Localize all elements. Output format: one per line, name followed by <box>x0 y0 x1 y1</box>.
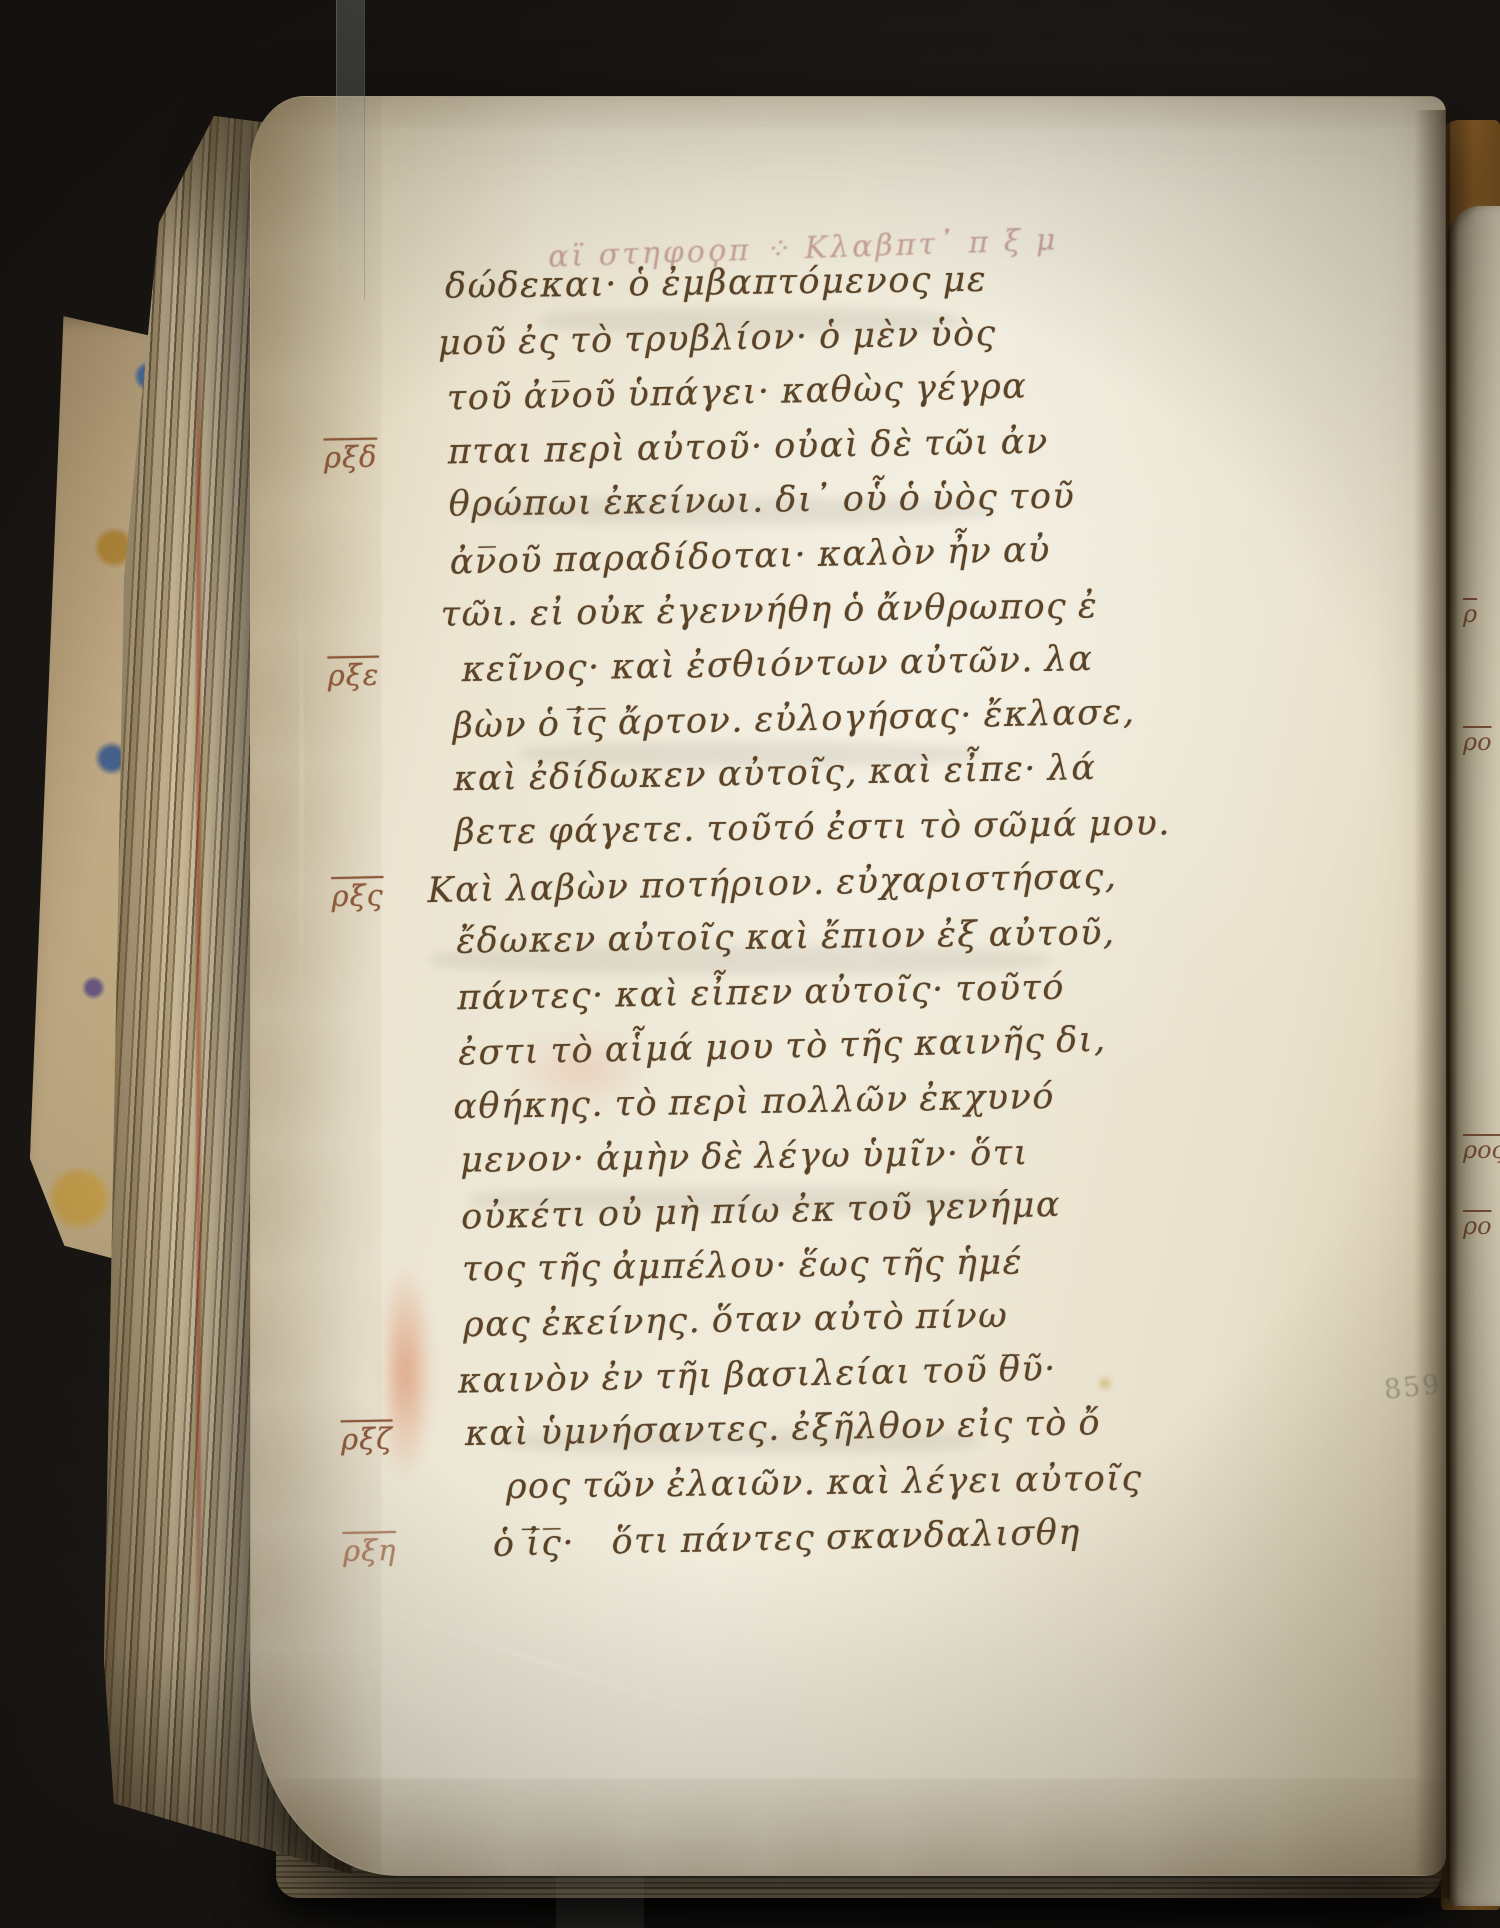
line-text: δώδεκαι· ὁ ἐμβαπτόμενος με <box>445 260 988 307</box>
facing-section-number: ροϛ <box>1463 1136 1500 1164</box>
section-number: ρξδ <box>324 439 378 474</box>
line-text: θρώπωι ἐκείνωι. δι᾽ οὗ ὁ ὑὸς τοῦ <box>449 477 1076 525</box>
section-number: ρξε <box>327 658 379 693</box>
red-edge-streak <box>196 320 201 1690</box>
line-text: βετε φάγετε. τοῦτό ἐστι τὸ σῶμά μου. <box>454 803 1171 852</box>
manuscript-photo: ρροροϛρο αϊ στηφοϙπ ⁘ Κλαβπτ᾽ π ξ μ δώδε… <box>0 0 1500 1928</box>
line-text: μενον· ἀμὴν δὲ λέγω ὑμῖν· ὅτι <box>460 1133 1029 1180</box>
facing-section-number: ρ <box>1463 600 1477 628</box>
section-number: ρξς <box>331 878 384 913</box>
facing-page-edge: ρροροϛρο <box>1447 206 1500 1906</box>
line-text: μοῦ ἐς τὸ τρυβλίον· ὁ μὲν ὑὸς <box>438 313 997 363</box>
section-number: ρξη <box>343 1533 397 1568</box>
line-text: ρος τῶν ἐλαιῶν. καὶ λέγει αὐτοῖς <box>506 1459 1143 1507</box>
line-text: ρας ἐκείνης. ὅταν αὐτὸ πίνω <box>463 1296 1009 1346</box>
line-text: τος τῆς ἀμπέλου· ἕως τῆς ἡμέ <box>462 1242 1023 1289</box>
facing-section-number: ρο <box>1463 728 1492 756</box>
glass-retainer-strip-bottom <box>556 1842 644 1928</box>
glass-retainer-strip-top <box>336 0 365 300</box>
facing-section-number: ρο <box>1463 1212 1492 1240</box>
text-block: δώδεκαι· ὁ ἐμβαπτόμενος μεμοῦ ἐς τὸ τρυβ… <box>409 255 1222 1579</box>
section-number: ρξζ <box>341 1422 393 1457</box>
line-text: ἔδωκεν αὐτοῖς καὶ ἔπιον ἐξ αὐτοῦ, <box>456 913 1116 962</box>
line-text: τῶι. εἰ οὐκ ἐγεννήθη ὁ ἄνθρωπος ἐ <box>440 586 1098 635</box>
pencil-foliation: 859 <box>1383 1369 1443 1406</box>
